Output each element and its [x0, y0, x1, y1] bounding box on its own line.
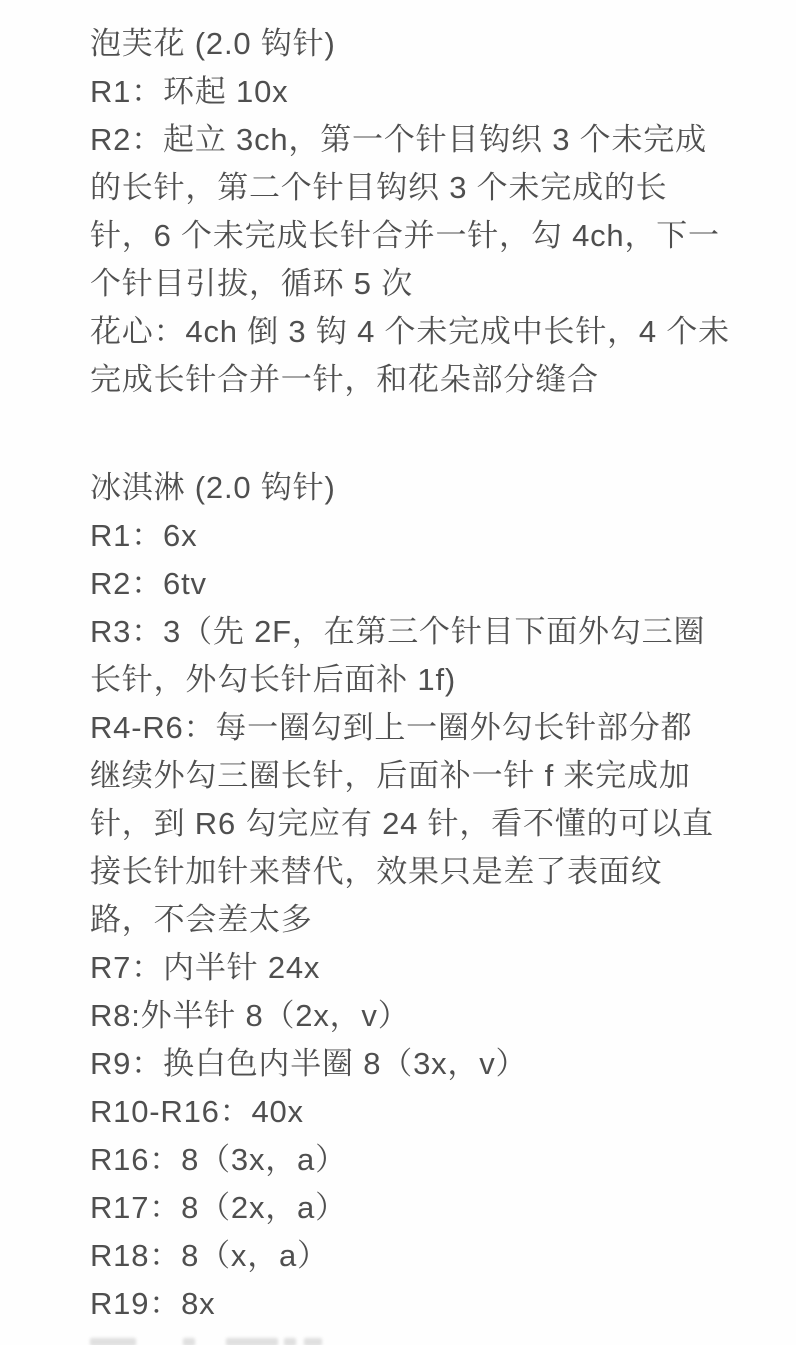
crochet-pattern-document: 泡芙花 (2.0 钩针) R1：环起 10x R2：起立 3ch，第一个针目钩织… [0, 0, 796, 1345]
pattern-line: R18：8（x，a） [90, 1232, 756, 1280]
section-puff-flower: 泡芙花 (2.0 钩针) R1：环起 10x R2：起立 3ch，第一个针目钩织… [90, 20, 756, 404]
cutoff-glyph-remnant [284, 1338, 296, 1345]
pattern-line: 长针，外勾长针后面补 1f) [90, 656, 756, 704]
pattern-line: R10-R16：40x [90, 1088, 756, 1136]
pattern-line: R8:外半针 8（2x，v） [90, 992, 756, 1040]
pattern-line: R19：8x [90, 1280, 756, 1328]
pattern-line: 继续外勾三圈长针，后面补一针 f 来完成加 [90, 752, 756, 800]
cutoff-glyph-remnant [304, 1338, 322, 1345]
pattern-line: 针，到 R6 勾完应有 24 针，看不懂的可以直 [90, 800, 756, 848]
pattern-line: R17：8（2x，a） [90, 1184, 756, 1232]
pattern-line: 的长针，第二个针目钩织 3 个未完成的长 [90, 164, 756, 212]
cutoff-text-remnant [0, 1336, 796, 1345]
pattern-line: 针，6 个未完成长针合并一针，勾 4ch，下一 [90, 212, 756, 260]
pattern-line: 接长针加针来替代，效果只是差了表面纹 [90, 848, 756, 896]
cutoff-glyph-remnant [226, 1338, 278, 1345]
pattern-line: 个针目引拔，循环 5 次 [90, 260, 756, 308]
pattern-line: R1：环起 10x [90, 68, 756, 116]
pattern-line: R4-R6：每一圈勾到上一圈外勾长针部分都 [90, 704, 756, 752]
section-ice-cream: 冰淇淋 (2.0 钩针) R1：6x R2：6tv R3：3（先 2F，在第三个… [90, 464, 756, 1328]
section-title: 冰淇淋 (2.0 钩针) [90, 464, 756, 512]
cutoff-glyph-remnant [90, 1338, 136, 1345]
pattern-line: R1：6x [90, 512, 756, 560]
pattern-line: 路，不会差太多 [90, 896, 756, 944]
pattern-line: R2：起立 3ch，第一个针目钩织 3 个未完成 [90, 116, 756, 164]
pattern-line: R7：内半针 24x [90, 944, 756, 992]
pattern-line: 花心：4ch 倒 3 钩 4 个未完成中长针，4 个未 [90, 308, 756, 356]
pattern-line: R9：换白色内半圈 8（3x，v） [90, 1040, 756, 1088]
pattern-line: 完成长针合并一针，和花朵部分缝合 [90, 356, 756, 404]
cutoff-glyph-remnant [183, 1338, 195, 1345]
pattern-line: R16：8（3x，a） [90, 1136, 756, 1184]
pattern-line: R2：6tv [90, 560, 756, 608]
pattern-line: R3：3（先 2F，在第三个针目下面外勾三圈 [90, 608, 756, 656]
section-title: 泡芙花 (2.0 钩针) [90, 20, 756, 68]
